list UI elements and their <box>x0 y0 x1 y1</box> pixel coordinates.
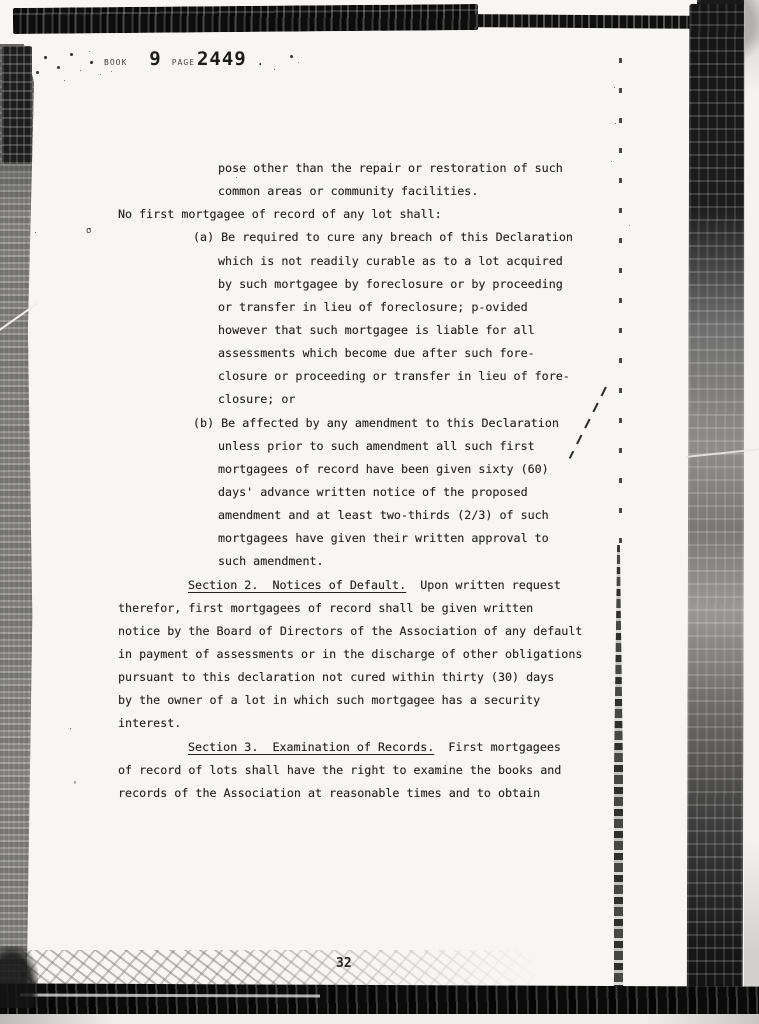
text-line: closure or proceeding or transfer in lie… <box>0 365 700 388</box>
page-label: PAGE <box>172 58 195 67</box>
text-line: unless prior to such amendment all such … <box>0 435 700 458</box>
text-segment: No first mortgagee of record of any lot … <box>118 207 442 221</box>
book-label: BOOK <box>104 58 127 67</box>
text-line: by the owner of a lot in which such mort… <box>0 689 700 712</box>
text-line: pursuant to this declaration not cured w… <box>0 666 700 689</box>
text-segment: pursuant to this declaration not cured w… <box>118 670 554 684</box>
text-segment: such amendment. <box>218 554 324 568</box>
text-line: common areas or community facilities. <box>0 180 700 203</box>
scanned-document-page: { "page": { "stamp": { "book_label": "BO… <box>0 0 759 1024</box>
text-segment: therefor, first mortgagees of record sha… <box>118 601 533 615</box>
scan-bottom-wash <box>0 1014 759 1024</box>
text-segment: (a) Be required to cure any breach of th… <box>193 230 573 244</box>
text-line: closure; or <box>0 388 700 411</box>
text-line: pose other than the repair or restoratio… <box>0 157 700 180</box>
book-page-stamp: BOOK 9 PAGE 2449 . <box>104 48 264 70</box>
page-stamp-number: 2449 <box>197 48 247 70</box>
text-segment: assessments which become due after such … <box>218 346 535 360</box>
text-line: or transfer in lieu of foreclosure; p-ov… <box>0 296 700 319</box>
text-line: of record of lots shall have the right t… <box>0 759 700 782</box>
text-segment: by such mortgagee by foreclosure or by p… <box>218 277 563 291</box>
text-line: records of the Association at reasonable… <box>0 782 700 805</box>
text-segment: Section 3. Examination of Records. <box>188 740 434 754</box>
text-line: (b) Be affected by any amendment to this… <box>0 412 700 435</box>
book-number: 9 <box>149 48 161 70</box>
text-segment: closure; or <box>218 392 295 406</box>
text-segment: records of the Association at reasonable… <box>118 786 540 800</box>
text-line: notice by the Board of Directors of the … <box>0 620 700 643</box>
stamp-period: . <box>257 54 264 68</box>
scan-border-top-thin <box>470 14 710 29</box>
scan-right-margin-smudge <box>744 0 759 1024</box>
text-line: in payment of assessments or in the disc… <box>0 643 700 666</box>
text-segment: however that such mortgagee is liable fo… <box>218 323 535 337</box>
text-line: therefor, first mortgagees of record sha… <box>0 597 700 620</box>
footer-page-number: 32 <box>336 956 352 971</box>
scan-band-left-dark-top <box>2 46 32 164</box>
scan-speck-dots <box>0 0 3 3</box>
text-segment: mortgagees have given their written appr… <box>218 531 549 545</box>
scan-border-top <box>13 4 478 34</box>
text-line: assessments which become due after such … <box>0 342 700 365</box>
text-segment: unless prior to such amendment all such … <box>218 439 535 453</box>
text-segment: days' advance written notice of the prop… <box>218 485 528 499</box>
text-segment: in payment of assessments or in the disc… <box>118 647 582 661</box>
text-line: No first mortgagee of record of any lot … <box>0 203 700 226</box>
text-segment: or transfer in lieu of foreclosure; p-ov… <box>218 300 528 314</box>
scan-corner-bottom-left <box>0 946 38 1008</box>
scan-speckles-bottom <box>22 950 542 986</box>
text-segment: amendment and at least two-thirds (2/3) … <box>218 508 549 522</box>
text-segment: (b) Be affected by any amendment to this… <box>193 416 559 430</box>
document-text: pose other than the repair or restoratio… <box>0 157 700 805</box>
text-line: interest. <box>0 712 700 735</box>
text-segment: common areas or community facilities. <box>218 184 478 198</box>
text-line: (a) Be required to cure any breach of th… <box>0 226 700 249</box>
text-segment: Upon written request <box>406 578 561 592</box>
text-line: mortgagees have given their written appr… <box>0 527 700 550</box>
scan-border-bottom-streak <box>20 993 320 997</box>
text-segment: interest. <box>118 716 181 730</box>
text-line: amendment and at least two-thirds (2/3) … <box>0 504 700 527</box>
text-line: mortgagees of record have been given six… <box>0 458 700 481</box>
text-segment: closure or proceeding or transfer in lie… <box>218 369 570 383</box>
text-segment: notice by the Board of Directors of the … <box>118 624 582 638</box>
text-segment: which is not readily curable as to a lot… <box>218 254 563 268</box>
text-line: by such mortgagee by foreclosure or by p… <box>0 273 700 296</box>
text-segment: by the owner of a lot in which such mort… <box>118 693 540 707</box>
text-line: which is not readily curable as to a lot… <box>0 250 700 273</box>
text-line: days' advance written notice of the prop… <box>0 481 700 504</box>
scan-corner-top-right <box>697 0 759 58</box>
text-segment: pose other than the repair or restoratio… <box>218 161 563 175</box>
text-line: such amendment. <box>0 550 700 573</box>
text-line: however that such mortgagee is liable fo… <box>0 319 700 342</box>
scan-border-bottom <box>0 983 759 1017</box>
text-segment: of record of lots shall have the right t… <box>118 763 561 777</box>
text-segment: mortgagees of record have been given six… <box>218 462 549 476</box>
text-line: Section 2. Notices of Default. Upon writ… <box>0 574 700 597</box>
text-segment: First mortgagees <box>434 740 561 754</box>
text-segment: Section 2. Notices of Default. <box>188 578 406 592</box>
text-line: Section 3. Examination of Records. First… <box>0 736 700 759</box>
